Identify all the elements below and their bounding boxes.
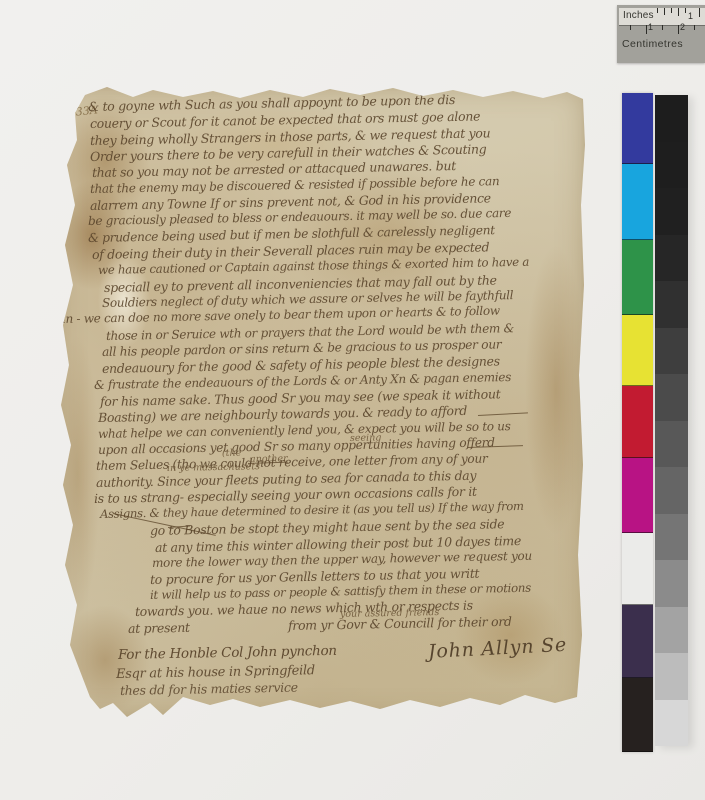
inch-tick bbox=[671, 8, 672, 13]
interlinear-insert: in ye massachusets bbox=[167, 461, 260, 474]
cm-half-tick bbox=[694, 25, 695, 30]
color-patch-green bbox=[622, 240, 653, 315]
manuscript-line: at present bbox=[128, 620, 190, 636]
handwritten-text-block: & to goyne wth Such as you shall appoynt… bbox=[55, 85, 587, 721]
grayscale-step-2 bbox=[655, 142, 688, 189]
inches-label: Inches bbox=[623, 10, 654, 21]
color-patch-indigo bbox=[622, 93, 653, 164]
inch-tick bbox=[685, 8, 686, 13]
grayscale-step-7 bbox=[655, 374, 688, 421]
inch-tick bbox=[678, 8, 679, 16]
color-patch-black bbox=[622, 678, 653, 752]
grayscale-step-13 bbox=[655, 653, 688, 700]
inch-tick bbox=[657, 8, 658, 13]
grayscale-step-14 bbox=[655, 700, 688, 747]
manuscript-paper: 2-33A & to goyne wth Such as you shall a… bbox=[55, 85, 587, 721]
centimetres-label: Centimetres bbox=[622, 38, 683, 50]
cm-tick-1 bbox=[646, 25, 647, 34]
grayscale-step-5 bbox=[655, 281, 688, 328]
grayscale-step-4 bbox=[655, 235, 688, 282]
grayscale-step-3 bbox=[655, 188, 688, 235]
photographed-manuscript-page: Inches 1 1 2 Centimetres 2-33A bbox=[0, 0, 705, 800]
color-patch-dark-purple bbox=[622, 605, 653, 678]
cm-number-1: 1 bbox=[648, 22, 653, 32]
color-patch-magenta bbox=[622, 458, 653, 533]
grayscale-step-6 bbox=[655, 328, 688, 375]
grayscale-calibration-bar bbox=[655, 95, 688, 746]
ruler-scale-card: Inches 1 1 2 Centimetres bbox=[617, 5, 705, 63]
grayscale-step-10 bbox=[655, 514, 688, 561]
color-patch-yellow bbox=[622, 315, 653, 386]
grayscale-step-9 bbox=[655, 467, 688, 514]
cm-half-tick bbox=[662, 25, 663, 30]
grayscale-step-11 bbox=[655, 560, 688, 607]
inches-ruler-strip: Inches 1 bbox=[619, 8, 705, 26]
signature: John Allyn Se bbox=[427, 634, 567, 663]
strikeout-mark bbox=[478, 412, 528, 416]
interlinear-insert: seeing bbox=[350, 432, 382, 444]
inch-tick bbox=[664, 8, 665, 15]
interlinear-insert: (the bbox=[222, 448, 241, 459]
manuscript-line: thes dd for his maties service bbox=[120, 680, 298, 698]
color-patch-white bbox=[622, 533, 653, 605]
cm-tick-2 bbox=[678, 25, 679, 34]
color-calibration-bar bbox=[622, 93, 653, 752]
inch-tick-one bbox=[699, 8, 700, 17]
cm-number-2: 2 bbox=[680, 22, 685, 32]
inch-number-1: 1 bbox=[688, 11, 693, 21]
color-patch-cyan bbox=[622, 164, 653, 240]
grayscale-step-8 bbox=[655, 421, 688, 468]
grayscale-step-1 bbox=[655, 95, 688, 142]
manuscript-line: For the Honble Col John pynchon bbox=[118, 643, 337, 663]
color-patch-red bbox=[622, 386, 653, 458]
interlinear-insert: your assured friends bbox=[340, 607, 440, 620]
cm-half-tick bbox=[630, 25, 631, 30]
grayscale-step-12 bbox=[655, 607, 688, 654]
